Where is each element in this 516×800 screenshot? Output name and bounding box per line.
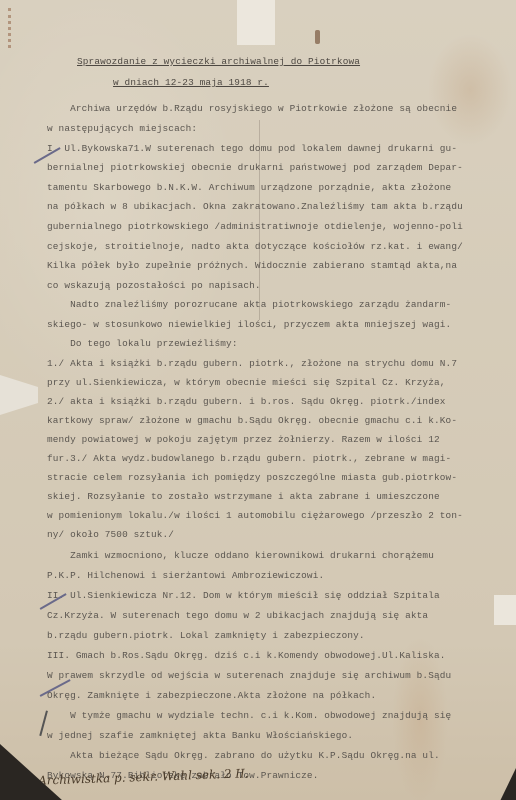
paper-tab bbox=[494, 595, 516, 625]
text-line: bernialnej piotrkowskiej obecnie drukarn… bbox=[47, 161, 463, 175]
text-line: gubernialnego piotrkowskiego /administra… bbox=[47, 220, 463, 234]
text-line: P.K.P. Hilchenowi i sierżantowi Ambrozie… bbox=[47, 569, 324, 583]
text-line: ny/ około 7500 sztuk./ bbox=[47, 528, 174, 542]
text-line: stracie celem rozsyłania ich pomiędzy po… bbox=[47, 471, 457, 485]
text-line: b.rządu gubern.piotrk. Lokal zamknięty i… bbox=[47, 629, 365, 643]
text-line: fur.3./ Akta wydz.budowlanego b.rządu gu… bbox=[47, 452, 451, 466]
text-line: I. Ul.Bykowska71.W suterenach tego domu … bbox=[47, 142, 457, 156]
text-line: w następujących miejscach: bbox=[47, 122, 197, 136]
corner-stain bbox=[8, 8, 33, 48]
text-line: kartkowy spraw/ złożone w gmachu b.Sądu … bbox=[47, 414, 457, 428]
document-page: Sprawozdanie z wycieczki archiwalnej do … bbox=[0, 0, 516, 800]
text-line: przy ul.Sienkiewicza, w którym obecnie m… bbox=[47, 376, 446, 390]
text-line: Nadto znaleźliśmy porozrucane akta piotr… bbox=[47, 298, 451, 312]
text-line: w jednej szafie zamkniętej akta Banku Wł… bbox=[47, 729, 353, 743]
report-title: Sprawozdanie z wycieczki archiwalnej do … bbox=[77, 55, 360, 69]
paper-fold bbox=[0, 375, 38, 415]
report-dates: w dniach 12-23 maja 1918 r. bbox=[113, 76, 269, 90]
text-line: skiej. Rozsyłanie to zostało wstrzymane … bbox=[47, 490, 440, 504]
text-line: cejskoje, stroitielnoje, nadto akta doty… bbox=[47, 240, 463, 254]
text-line: tamentu Skarbowego b.N.K.W. Archiwum urz… bbox=[47, 181, 451, 195]
text-line: mendy powiatowej w pokoju zajętym przez … bbox=[47, 433, 440, 447]
text-line: 2./ akta i książki b.rządu gubern. i b.r… bbox=[47, 395, 446, 409]
ink-blot bbox=[315, 30, 320, 44]
text-line: Akta bieżące Sądu Okręg. zabrano do użyt… bbox=[47, 749, 440, 763]
text-line: W prawem skrzydle od wejścia w suterenac… bbox=[47, 669, 451, 683]
text-line: Kilka półek było zupełnie próżnych. Wido… bbox=[47, 259, 457, 273]
text-line: na półkach w 8 ubikacjach. Okna zakratow… bbox=[47, 200, 463, 214]
text-line: Okręg. Zamknięte i zabezpieczone.Akta zł… bbox=[47, 689, 376, 703]
text-line: Do tego lokalu przewieźliśmy: bbox=[47, 337, 238, 351]
text-line: Zamki wzmocniono, klucze oddano kierowni… bbox=[47, 549, 434, 563]
text-line: co wskazują pozostałości po napisach. bbox=[47, 279, 261, 293]
text-line: skiego- w stosunkowo niewielkiej ilości,… bbox=[47, 318, 451, 332]
text-line: III. Gmach b.Ros.Sądu Okręg. dziś c.i k.… bbox=[47, 649, 446, 663]
text-line: Archiwa urzędów b.Rządu rosyjskiego w Pi… bbox=[47, 102, 457, 116]
text-line: 1./ Akta i książki b.rządu gubern. piotr… bbox=[47, 357, 457, 371]
text-line: w pomienionym lokalu./w ilości 1 automob… bbox=[47, 509, 463, 523]
text-line: Cz.Krzyża. W suterenach tego domu w 2 ub… bbox=[47, 609, 428, 623]
text-line: W tymże gmachu w wydziale techn. c.i k.K… bbox=[47, 709, 451, 723]
paper-tape bbox=[237, 0, 275, 45]
text-line: II. Ul.Sienkiewicza Nr.12. Dom w którym … bbox=[47, 589, 440, 603]
